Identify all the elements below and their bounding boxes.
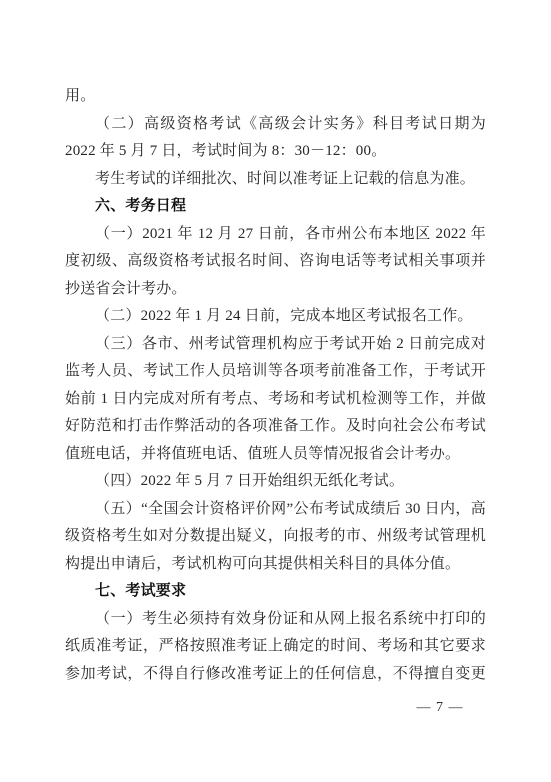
heading-section-6-exam-schedule: 六、考务日程 [65,193,486,221]
paragraph-item-5-score-inquiry: （五）“全国会计资格评价网”公布考试成绩后 30 日内，高级资格考生如对分数提出… [65,496,486,579]
paragraph-item-3-preparation: （三）各市、州考试管理机构应于考试开始 2 日前完成对监考人员、考试工作人员培训… [65,331,486,469]
paragraph-item-4-paperless-exam: （四）2022 年 5 月 7 日开始组织无纸化考试。 [65,468,486,496]
paragraph-item-1-admission-requirements: （一）考生必须持有效身份证和从网上报名系统中打印的纸质准考证，严格按照准考证上确… [65,606,486,689]
paragraph-item-1-announcement: （一）2021 年 12 月 27 日前，各市州公布本地区 2022 年度初级、… [65,221,486,304]
document-page: 用。 （二）高级资格考试《高级会计实务》科目考试日期为 2022 年 5 月 7… [0,0,551,782]
paragraph-item-2-registration: （二）2022 年 1 月 24 日前，完成本地区考试报名工作。 [65,303,486,331]
heading-section-7-exam-requirements: 七、考试要求 [65,578,486,606]
paragraph-carryover: 用。 [65,83,486,111]
page-number: — 7 — [410,699,470,717]
document-body: 用。 （二）高级资格考试《高级会计实务》科目考试日期为 2022 年 5 月 7… [65,83,486,688]
paragraph-admission-ticket-note: 考生考试的详细批次、时间以准考证上记载的信息为准。 [65,166,486,194]
paragraph-advanced-exam-date: （二）高级资格考试《高级会计实务》科目考试日期为 2022 年 5 月 7 日，… [65,111,486,166]
